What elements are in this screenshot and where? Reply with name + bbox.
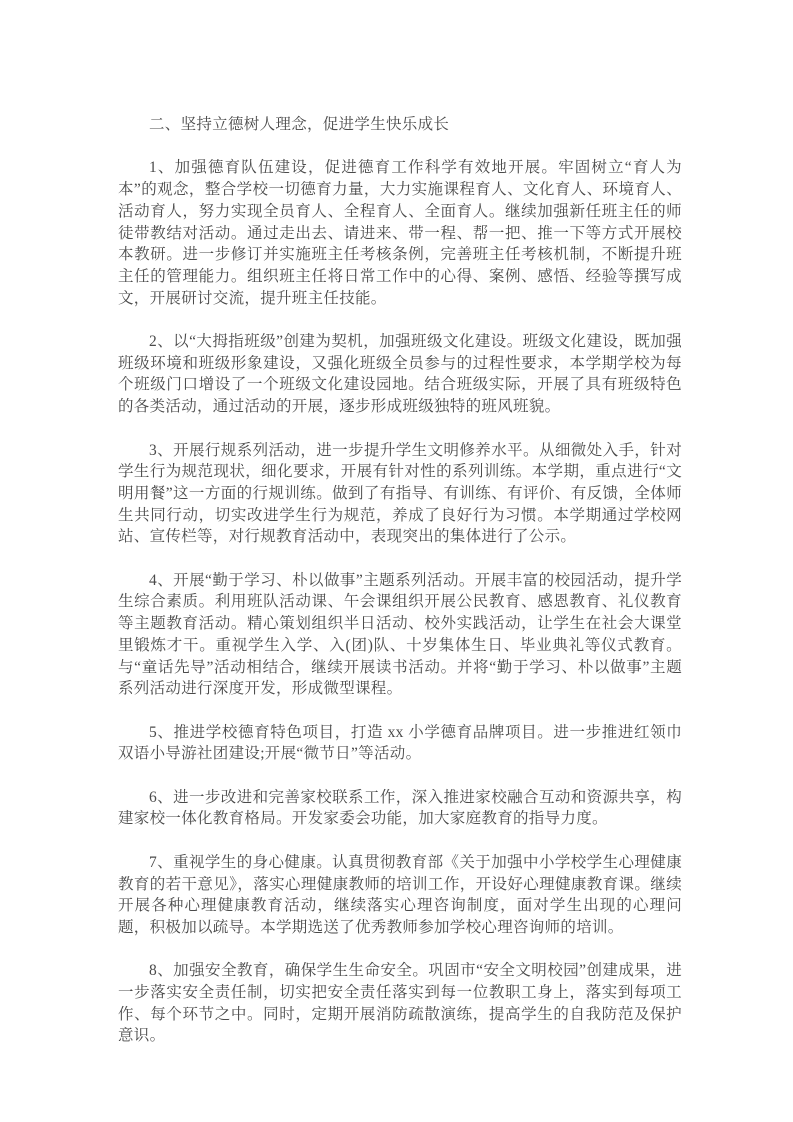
paragraph-item-4: 4、开展“勤于学习、朴以做事”主题系列活动。开展丰富的校园活动，提升学生综合素质… (118, 570, 682, 700)
paragraph-item-6: 6、进一步改进和完善家校联系工作，深入推进家校融合互动和资源共享，构建家校一体化… (118, 787, 682, 830)
paragraph-item-1: 1、加强德育队伍建设，促进德育工作科学有效地开展。牢固树立“育人为本”的观念，整… (118, 157, 682, 309)
paragraph-item-5: 5、推进学校德育特色项目，打造 xx 小学德育品牌项目。进一步推进红领巾双语小导… (118, 722, 682, 765)
document-page: 二、坚持立德树人理念，促进学生快乐成长 1、加强德育队伍建设，促进德育工作科学有… (0, 0, 793, 1122)
document-body: 二、坚持立德树人理念，促进学生快乐成长 1、加强德育队伍建设，促进德育工作科学有… (118, 114, 682, 1047)
paragraph-item-8: 8、加强安全教育，确保学生生命安全。巩固市“安全文明校园”创建成果，进一步落实安… (118, 960, 682, 1047)
paragraph-item-7: 7、重视学生的身心健康。认真贯彻教育部《关于加强中小学校学生心理健康教育的若干意… (118, 852, 682, 939)
paragraph-item-3: 3、开展行规系列活动，进一步提升学生文明修养水平。从细微处入手，针对学生行为规范… (118, 440, 682, 549)
section-heading: 二、坚持立德树人理念，促进学生快乐成长 (118, 114, 682, 136)
paragraph-item-2: 2、以“大拇指班级”创建为契机，加强班级文化建设。班级文化建设，既加强班级环境和… (118, 331, 682, 418)
